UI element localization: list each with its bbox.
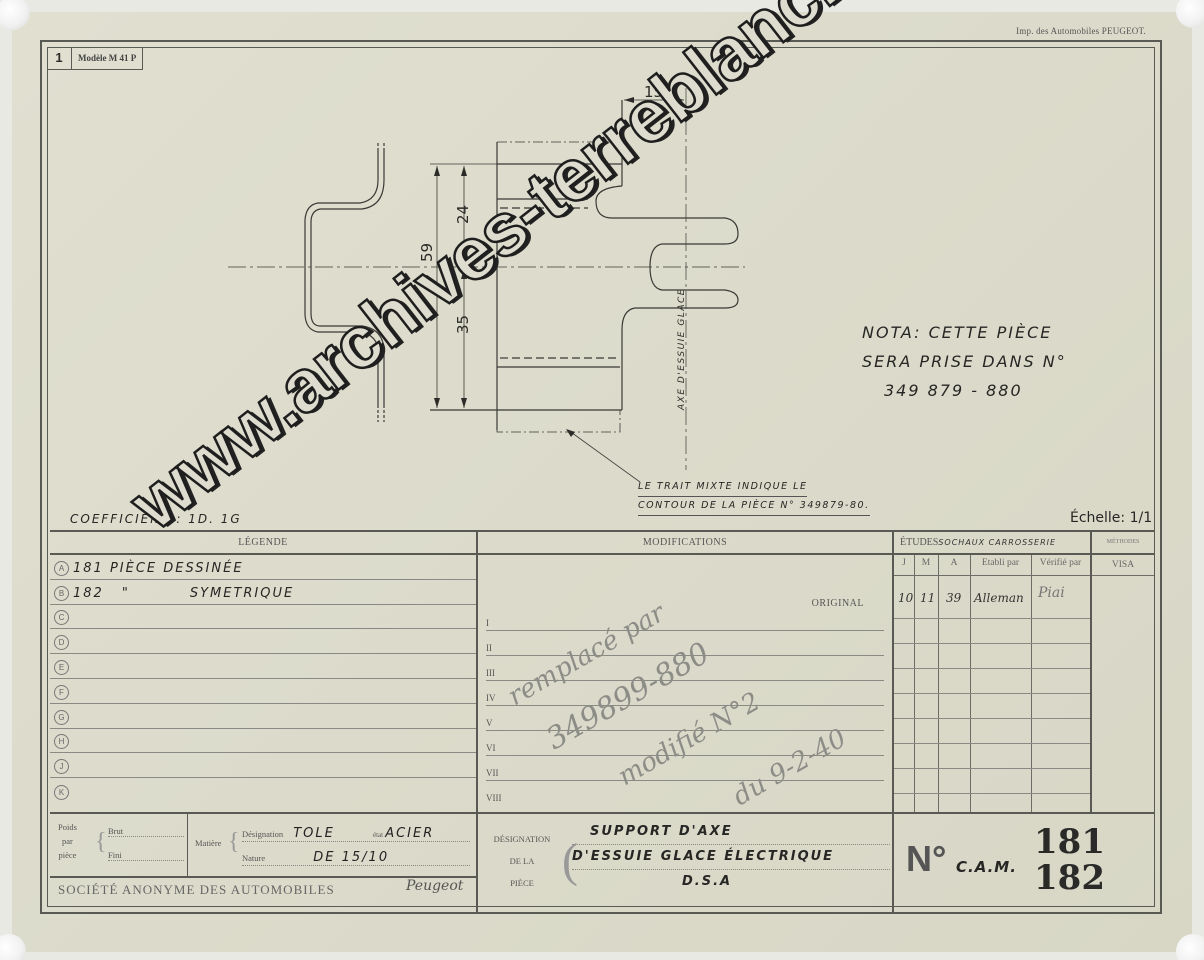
poids-label: Poids par pièce [58, 820, 77, 862]
poids-label-3: pièce [58, 848, 77, 862]
letter-circle: J [54, 759, 69, 774]
numero-prefix: N° [906, 838, 946, 880]
col-verifie-label: Vérifié par [1031, 558, 1090, 568]
mod-row-numeral: VI [486, 743, 496, 753]
nota-note: NOTA: CETTE PIÈCE SERA PRISE DANS N° 349… [862, 318, 1067, 405]
mod-row: I [486, 605, 884, 631]
letter-circle: F [54, 685, 69, 700]
row-line [894, 643, 1090, 644]
poids-matiere-box: Poids par pièce { Brut Fini Matière { Dé… [50, 814, 476, 878]
col-a-label: A [938, 558, 970, 568]
entry-year: 39 [946, 591, 961, 605]
letter-circle: H [54, 734, 69, 749]
entry-verifie-signature: Piai [1038, 585, 1065, 601]
designation-line-1: SUPPORT D'AXE [572, 820, 890, 845]
etudes-section: ÉTUDESSOCHAUX CARROSSERIE J M A Etabli p… [894, 532, 1092, 812]
col-j-label: J [894, 558, 914, 568]
row-line [894, 768, 1090, 769]
mod-row-numeral: II [486, 643, 492, 653]
nature-label: Nature [242, 853, 265, 863]
dim-lower-height: 35 [454, 315, 472, 334]
letter-circle: C [54, 610, 69, 625]
methodes-section: MÉTHODES VISA [1092, 532, 1154, 812]
cam-code: C.A.M. [956, 858, 1017, 876]
mod-row-numeral: VIII [486, 793, 502, 803]
etat-value: ACIER [385, 826, 434, 841]
part-numbers: 181 182 [1034, 824, 1105, 896]
row-line [894, 618, 1090, 619]
designation-field: Désignation TOLE état ACIER [242, 826, 470, 842]
fini-field: Fini [108, 850, 184, 861]
divider [187, 814, 188, 876]
ditto-mark: " [104, 586, 190, 601]
trait-mixte-note: LE TRAIT MIXTE INDIQUE LE CONTOUR DE LA … [638, 478, 870, 516]
part-number-box: N° C.A.M. 181 182 [894, 814, 1154, 912]
letter-circle: D [54, 635, 69, 650]
designation-label-3: PIÈCE [484, 872, 560, 894]
bottom-strip: Poids par pièce { Brut Fini Matière { Dé… [50, 812, 1154, 912]
legende-row: G [50, 704, 476, 729]
legende-row: C [50, 605, 476, 630]
legende-row: H [50, 729, 476, 754]
row-line [894, 743, 1090, 744]
legende-section: LÉGENDE A181 PIÈCE DESSINÉE B182"SYMETRI… [50, 532, 478, 812]
col-m-label: M [914, 558, 938, 568]
designation-piece-box: DÉSIGNATION DE LA PIÈCE ( SUPPORT D'AXE … [478, 814, 894, 912]
brut-label: Brut [108, 826, 123, 836]
etudes-department: SOCHAUX CARROSSERIE [938, 538, 1056, 547]
part-number-181: 181 [1034, 824, 1105, 860]
legende-row: F [50, 679, 476, 704]
row-line [894, 718, 1090, 719]
designation-label: Désignation [242, 829, 283, 839]
brace: { [228, 820, 240, 864]
row-line [894, 693, 1090, 694]
etat-label: état [373, 831, 383, 839]
nota-line-2: SERA PRISE DANS N° [862, 347, 1067, 376]
designation-label-2: DE LA [484, 850, 560, 872]
etudes-grid: J M A Etabli par Vérifié par 10 11 39 Al… [894, 555, 1090, 812]
row-line [894, 793, 1090, 794]
part-number-182: 182 [1034, 860, 1105, 896]
modifications-section: MODIFICATIONS ORIGINAL I II III IV V VI … [478, 532, 894, 812]
mod-row-numeral: I [486, 618, 489, 628]
legende-row: D [50, 629, 476, 654]
nature-value: DE 15/10 [313, 850, 389, 865]
bottom-left: Poids par pièce { Brut Fini Matière { Dé… [50, 814, 478, 912]
title-block: LÉGENDE A181 PIÈCE DESSINÉE B182"SYMETRI… [50, 530, 1154, 910]
trait-note-line-1: LE TRAIT MIXTE INDIQUE LE [638, 478, 807, 497]
mod-row: VIII [486, 780, 884, 805]
methodes-title: MÉTHODES [1092, 532, 1154, 555]
matiere-label: Matière [195, 838, 221, 848]
poids-label-1: Poids [58, 820, 77, 834]
trait-note-line-2: CONTOUR DE LA PIÈCE N° 349879-80. [638, 497, 870, 516]
brace: { [95, 820, 107, 864]
fini-label: Fini [108, 850, 122, 860]
legende-row: J [50, 753, 476, 778]
entry-month: 11 [920, 591, 935, 605]
dim-upper-height: 24 [454, 205, 472, 224]
etudes-title: ÉTUDES [900, 537, 938, 548]
designation-value: TOLE [293, 826, 335, 841]
poids-label-2: par [58, 834, 77, 848]
legende-row: K [50, 778, 476, 803]
letter-circle: G [54, 710, 69, 725]
col-etabli-label: Etabli par [970, 558, 1031, 568]
letter-circle: B [54, 586, 69, 601]
visa-label: VISA [1092, 555, 1154, 576]
designation-line-3: D.S.A [572, 870, 890, 894]
etudes-header: ÉTUDESSOCHAUX CARROSSERIE [894, 532, 1090, 555]
designation-piece-text: SUPPORT D'AXE D'ESSUIE GLACE ÉLECTRIQUE … [572, 820, 890, 894]
entry-day: 10 [898, 591, 913, 605]
brut-field: Brut [108, 826, 184, 837]
legende-num: 182 [73, 586, 104, 601]
designation-piece-label: DÉSIGNATION DE LA PIÈCE [484, 828, 560, 894]
mod-row-numeral: VII [486, 768, 499, 778]
mod-row-numeral: IV [486, 693, 496, 703]
modifications-title: MODIFICATIONS [478, 532, 892, 555]
nota-line-1: NOTA: CETTE PIÈCE [862, 318, 1067, 347]
legende-title: LÉGENDE [50, 532, 476, 555]
legende-row: E [50, 654, 476, 679]
scale: Échelle: 1/1 [1070, 510, 1152, 526]
designation-label-1: DÉSIGNATION [484, 828, 560, 850]
letter-circle: E [54, 660, 69, 675]
dim-overall-height: 59 [418, 243, 436, 262]
peugeot-logo: Peugeot [406, 878, 463, 894]
axis-label: AXE D'ESSUIE GLACE [677, 288, 687, 411]
coefficient: COEFFICIENT : 1D. 1G [70, 512, 242, 526]
mod-row-numeral: III [486, 668, 495, 678]
entry-etabli-par: Alleman [974, 591, 1024, 605]
legende-text: SYMETRIQUE [190, 586, 294, 601]
dim-top-width: 15 [644, 83, 663, 101]
row-line [894, 668, 1090, 669]
legende-text: PIÈCE DESSINÉE [110, 561, 244, 576]
letter-circle: A [54, 561, 69, 576]
letter-circle: K [54, 785, 69, 800]
legende-num: 181 [73, 561, 104, 576]
legende-row: B182"SYMETRIQUE [50, 580, 476, 605]
designation-line-2: D'ESSUIE GLACE ÉLECTRIQUE [572, 845, 890, 870]
nota-line-3: 349 879 - 880 [862, 376, 1067, 405]
societe-name: SOCIÉTÉ ANONYME DES AUTOMOBILES [58, 882, 335, 898]
mod-row-numeral: V [486, 718, 493, 728]
nature-field: Nature DE 15/10 [242, 850, 470, 866]
legende-row: A181 PIÈCE DESSINÉE [50, 555, 476, 580]
